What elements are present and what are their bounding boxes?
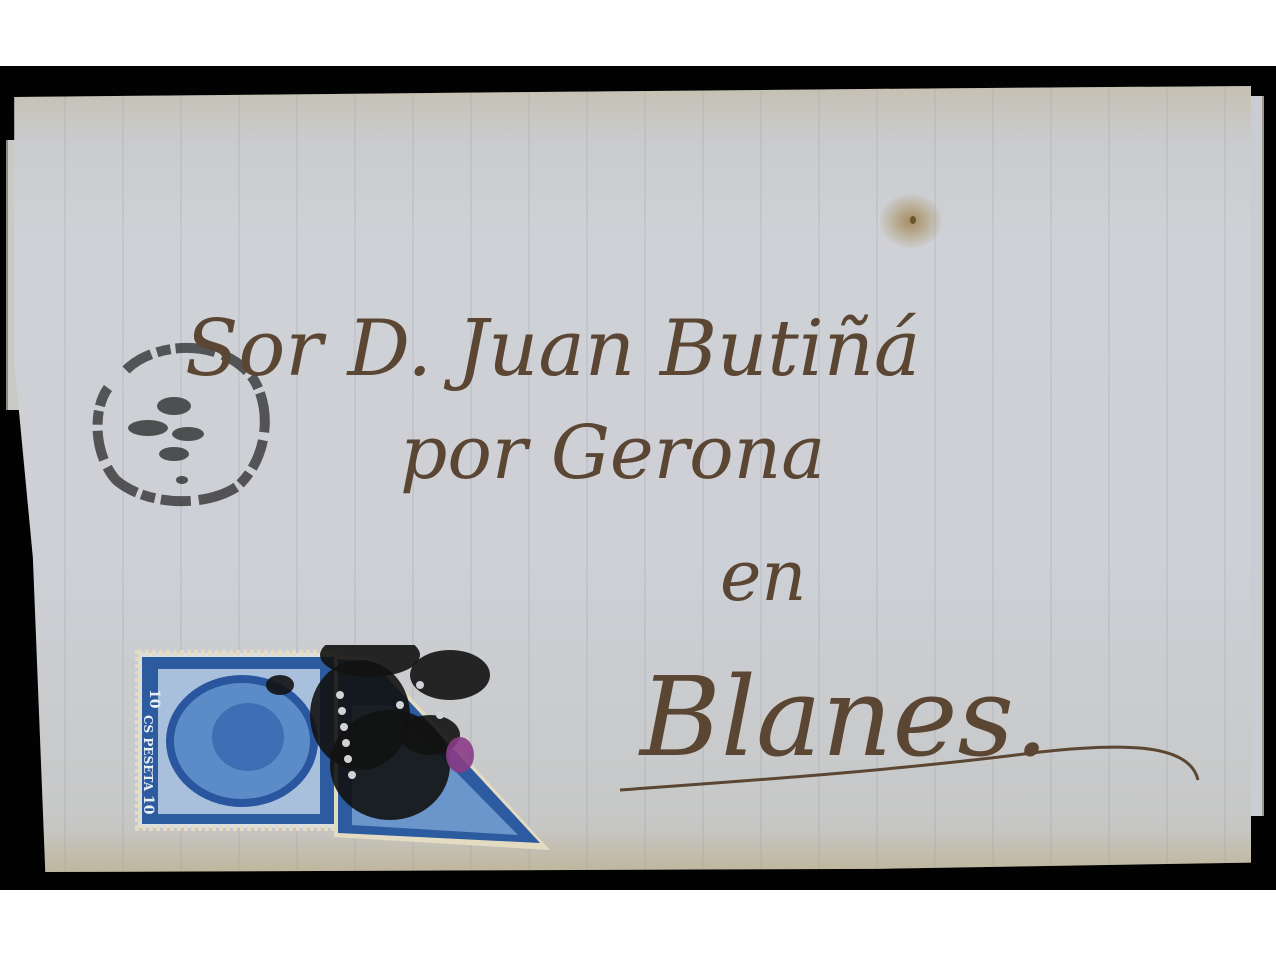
stamp-full: 10 CS PESETA 10 — [138, 653, 338, 828]
svg-text:10: 10 — [146, 689, 162, 709]
svg-text:CS PESETA: CS PESETA — [141, 715, 155, 792]
foxing-dot — [910, 216, 916, 224]
circular-datestamp — [86, 330, 276, 510]
svg-text:10: 10 — [140, 795, 156, 815]
stamp-pair: 10 CS PESETA 10 — [130, 645, 550, 850]
